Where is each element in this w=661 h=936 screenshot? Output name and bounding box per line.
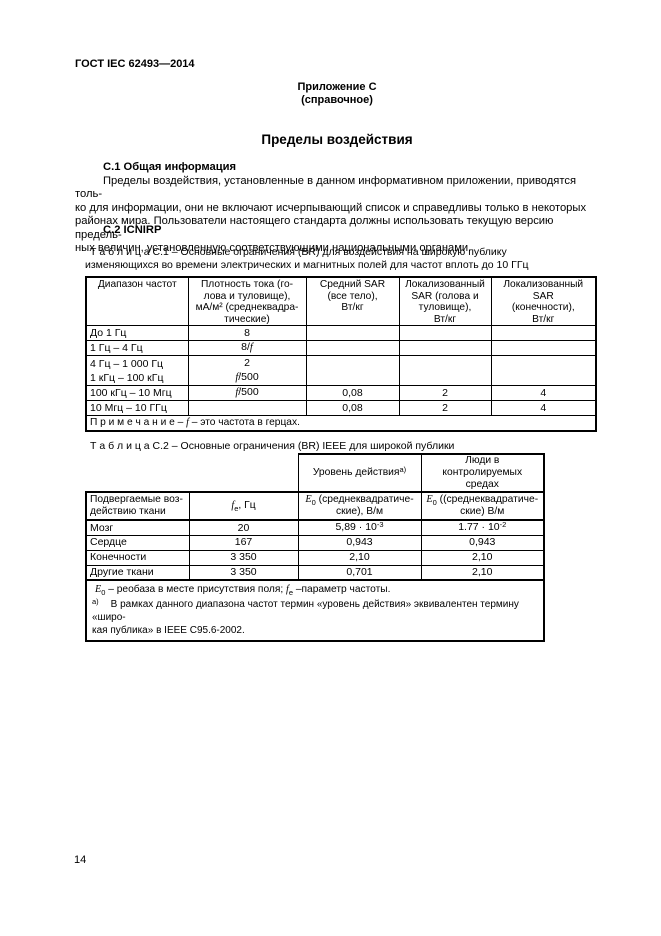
cell-frequency-range: 4 Гц – 1 000 Гц 1 кГц – 100 кГц xyxy=(86,356,188,386)
value-exponent: -3 xyxy=(377,520,384,529)
cell-sar-average xyxy=(306,341,399,356)
table-c2-caption: Т а б л и ц а С.2 – Основные ограничения… xyxy=(85,440,600,453)
cell-e-controlled: 0,943 xyxy=(421,535,544,550)
value-base: 5,89 · 10 xyxy=(335,521,376,533)
density-value-line1: 2 xyxy=(192,356,303,370)
table-row: 10 Мгц – 10 ГГц 0,08 2 4 xyxy=(86,401,596,416)
note-dash: – xyxy=(175,417,186,428)
section-c1-heading: С.1 Общая информация xyxy=(103,161,236,173)
value-exponent: -2 xyxy=(500,520,507,529)
table-c1-header-row: Диапазон частот Плотность тока (го- лова… xyxy=(86,277,596,326)
table-row: Сердце 167 0,943 0,943 xyxy=(86,535,544,550)
cell-sar-limbs xyxy=(491,356,596,386)
cell-e-action: 2,10 xyxy=(298,550,421,565)
table-c1-note-row: П р и м е ч а н и е – f – это частота в … xyxy=(86,416,596,431)
table-row: Мозг 20 5,89 · 10-3 1.77 · 10-2 xyxy=(86,520,544,535)
table-c2-group-header-row: Уровень действияа) Люди в контролируемых… xyxy=(86,454,544,492)
cell-frequency-range: 1 Гц – 4 Гц xyxy=(86,341,188,356)
cell-frequency: 167 xyxy=(189,535,298,550)
cell-sar-average: 0,08 xyxy=(306,401,399,416)
frequency-unit: , Гц xyxy=(238,500,255,511)
e0-subscript: 0 xyxy=(101,588,105,597)
table-row: Другие ткани 3 350 0,701 2,10 xyxy=(86,565,544,580)
value-base: 1.77 · 10 xyxy=(458,521,499,533)
cell-sar-head xyxy=(399,326,491,341)
table-c2-footnotes: E0 – реобаза в месте присутствия поля; f… xyxy=(86,580,544,641)
e0-variable: E xyxy=(426,494,432,505)
col-header-frequency: fе, Гц xyxy=(189,492,298,520)
density-divisor: /500 xyxy=(238,386,258,398)
col-header-current-density: Плотность тока (го- лова и туловище), мА… xyxy=(188,277,306,326)
doc-header-code: ГОСТ IEC 62493—2014 xyxy=(75,58,195,70)
table-c1: Диапазон частот Плотность тока (го- лова… xyxy=(85,276,597,432)
table-row: Конечности 3 350 2,10 2,10 xyxy=(86,550,544,565)
footnote-definitions: E0 – реобаза в месте присутствия поля; f… xyxy=(95,583,538,596)
frequency-variable: f xyxy=(250,342,253,353)
cell-current-density: 8 xyxy=(188,326,306,341)
cell-sar-head xyxy=(399,341,491,356)
page-number: 14 xyxy=(74,854,86,866)
cell-sar-head xyxy=(399,356,491,386)
cell-frequency: 3 350 xyxy=(189,565,298,580)
cell-tissue: Другие ткани xyxy=(86,565,189,580)
cell-sar-head: 2 xyxy=(399,386,491,401)
section-c2-heading: С.2 ICNIRP xyxy=(103,224,161,236)
footnote-a-text: В рамках данного диапазона частот термин… xyxy=(92,599,519,636)
cell-e-controlled: 1.77 · 10-2 xyxy=(421,520,544,535)
footnote-marker: а) xyxy=(400,465,407,474)
cell-current-density: 2 f/500 xyxy=(188,356,306,386)
footnote-text-a: – реобаза в месте присутствия поля; xyxy=(105,584,286,595)
cell-e-action: 5,89 · 10-3 xyxy=(298,520,421,535)
table-row: До 1 Гц 8 xyxy=(86,326,596,341)
cell-sar-limbs: 4 xyxy=(491,401,596,416)
cell-frequency: 20 xyxy=(189,520,298,535)
cell-sar-average xyxy=(306,326,399,341)
note-text: – это частота в герцах. xyxy=(189,417,300,428)
cell-frequency-range: 10 Мгц – 10 ГГц xyxy=(86,401,188,416)
cell-e-controlled: 2,10 xyxy=(421,565,544,580)
e0-controlled-unit: ((среднеквадратиче- ские) В/м xyxy=(437,494,538,517)
cell-sar-limbs xyxy=(491,326,596,341)
footnote-text-b: –параметр частоты. xyxy=(293,584,390,595)
footnote-a: а)В рамках данного диапазона частот терм… xyxy=(92,598,538,637)
density-divisor: /500 xyxy=(238,371,258,383)
group-header-controlled: Люди в контролируемых средах xyxy=(421,454,544,492)
cell-sar-average: 0,08 xyxy=(306,386,399,401)
e0-subscript: 0 xyxy=(433,498,437,507)
col-header-tissue: Подвергаемые воз- действию ткани xyxy=(86,492,189,520)
table-c1-caption: Т а б л и ц а С.1 – Основные ограничения… xyxy=(85,246,600,272)
cell-tissue: Мозг xyxy=(86,520,189,535)
e0-subscript: 0 xyxy=(312,498,316,507)
cell-current-density xyxy=(188,401,306,416)
cell-frequency: 3 350 xyxy=(189,550,298,565)
col-header-e0-controlled: E0 ((среднеквадратиче- ские) В/м xyxy=(421,492,544,520)
table-row: 1 Гц – 4 Гц 8/f xyxy=(86,341,596,356)
col-header-sar-localized-limbs: Локализованный SAR (конечности), Вт/кг xyxy=(491,277,596,326)
density-value-line2: f/500 xyxy=(192,370,303,385)
frequency-subscript: е xyxy=(234,504,238,513)
frequency-subscript: е xyxy=(289,588,293,597)
cell-current-density: 8/f xyxy=(188,341,306,356)
note-label: П р и м е ч а н и е xyxy=(90,417,175,428)
annex-block: Приложение С (справочное) xyxy=(13,81,661,107)
group-header-action-level: Уровень действияа) xyxy=(298,454,421,492)
e0-action-unit: (среднеквадратиче- ские), В/м xyxy=(316,494,414,517)
cell-sar-limbs: 4 xyxy=(491,386,596,401)
cell-sar-limbs xyxy=(491,341,596,356)
table-c2-header-row: Подвергаемые воз- действию ткани fе, Гц … xyxy=(86,492,544,520)
table-c1-note: П р и м е ч а н и е – f – это частота в … xyxy=(86,416,596,431)
section-c1-paragraph: Пределы воздействия, установленные в дан… xyxy=(75,175,598,255)
cell-current-density: f/500 xyxy=(188,386,306,401)
cell-e-action: 0,701 xyxy=(298,565,421,580)
col-header-sar-localized-head: Локализованный SAR (голова и туловище), … xyxy=(399,277,491,326)
group-header-action-label: Уровень действия xyxy=(313,467,400,478)
col-header-e0-action: E0 (среднеквадратиче- ские), В/м xyxy=(298,492,421,520)
table-row: 100 кГц – 10 Мгц f/500 0,08 2 4 xyxy=(86,386,596,401)
e0-variable: E xyxy=(305,494,311,505)
cell-frequency-range: 100 кГц – 10 Мгц xyxy=(86,386,188,401)
cell-sar-head: 2 xyxy=(399,401,491,416)
cell-e-controlled: 2,10 xyxy=(421,550,544,565)
cell-tissue: Сердце xyxy=(86,535,189,550)
table-row: 4 Гц – 1 000 Гц 1 кГц – 100 кГц 2 f/500 xyxy=(86,356,596,386)
table-c2: Уровень действияа) Люди в контролируемых… xyxy=(85,453,545,642)
col-header-sar-average: Средний SAR (все тело), Вт/кг xyxy=(306,277,399,326)
density-value: 8/ xyxy=(241,341,250,353)
col-header-frequency-range: Диапазон частот xyxy=(86,277,188,326)
group-header-blank xyxy=(86,454,298,492)
document-page: { "page": { "doc_code": "ГОСТ IEC 62493—… xyxy=(0,0,661,936)
cell-tissue: Конечности xyxy=(86,550,189,565)
footnote-marker: а) xyxy=(92,597,99,606)
table-c2-footnote-row: E0 – реобаза в месте присутствия поля; f… xyxy=(86,580,544,641)
cell-e-action: 0,943 xyxy=(298,535,421,550)
annex-subtitle: (справочное) xyxy=(13,94,661,107)
cell-frequency-range: До 1 Гц xyxy=(86,326,188,341)
cell-sar-average xyxy=(306,356,399,386)
annex-title: Приложение С xyxy=(13,81,661,94)
page-title: Пределы воздействия xyxy=(13,132,661,147)
